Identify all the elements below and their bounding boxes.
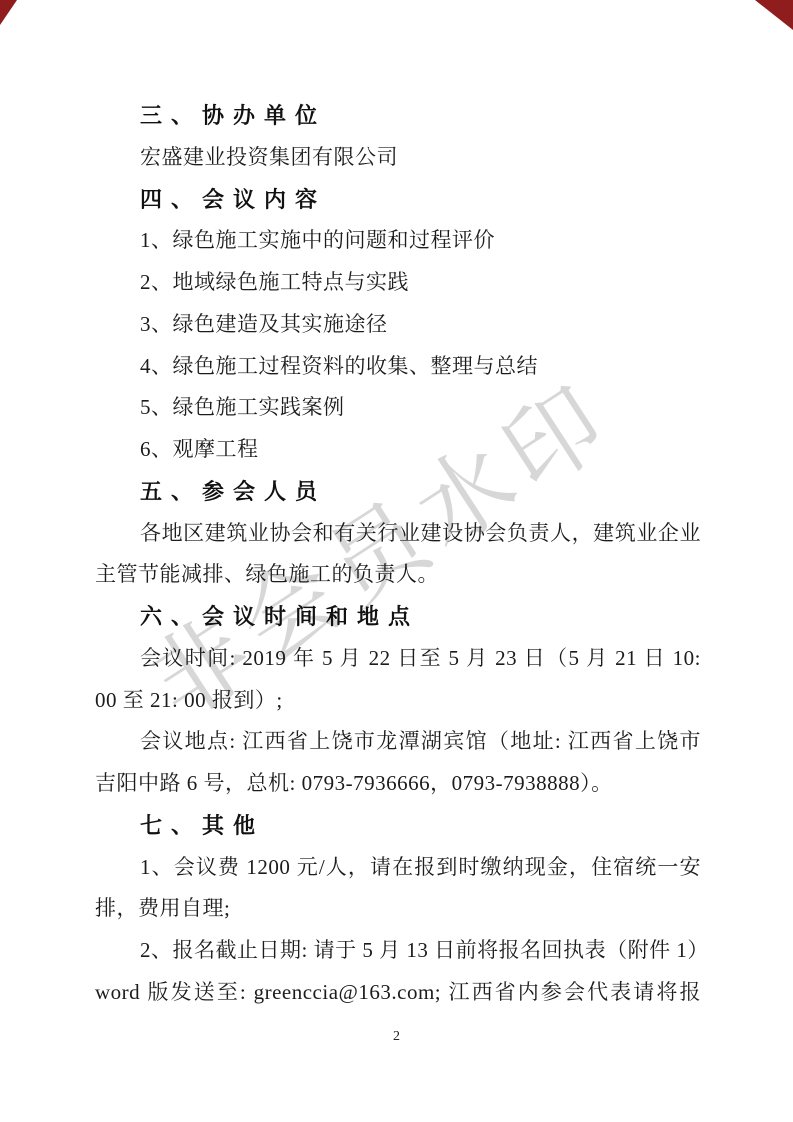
section-heading: 五、参会人员 bbox=[95, 471, 701, 513]
document-line: 00 至 21: 00 报到）; bbox=[95, 680, 701, 722]
document-line: 1、绿色施工实施中的问题和过程评价 bbox=[95, 220, 701, 262]
document-line: 宏盛建业投资集团有限公司 bbox=[95, 137, 701, 179]
document-line: 1、会议费 1200 元/人，请在报到时缴纳现金，住宿统一安 bbox=[95, 847, 701, 889]
document-line: word 版发送至: greenccia@163.com; 江西省内参会代表请将… bbox=[95, 972, 701, 1014]
document-line: 排，费用自理; bbox=[95, 888, 701, 930]
document-page: 非会员水印 三、协办单位宏盛建业投资集团有限公司四、会议内容1、绿色施工实施中的… bbox=[0, 0, 793, 1122]
corner-ribbon-top-right-icon bbox=[755, 0, 793, 30]
document-line: 2、地域绿色施工特点与实践 bbox=[95, 262, 701, 304]
document-line: 主管节能减排、绿色施工的负责人。 bbox=[95, 554, 701, 596]
document-line: 2、报名截止日期: 请于 5 月 13 日前将报名回执表（附件 1） bbox=[95, 930, 701, 972]
section-heading: 六、会议时间和地点 bbox=[95, 596, 701, 638]
document-line: 各地区建筑业协会和有关行业建设协会负责人，建筑业企业 bbox=[95, 513, 701, 555]
corner-ribbon-top-left-icon bbox=[0, 0, 17, 25]
document-line: 会议时间: 2019 年 5 月 22 日至 5 月 23 日（5 月 21 日… bbox=[95, 638, 701, 680]
document-content: 三、协办单位宏盛建业投资集团有限公司四、会议内容1、绿色施工实施中的问题和过程评… bbox=[95, 95, 701, 1014]
page-number: 2 bbox=[0, 1022, 793, 1052]
section-heading: 三、协办单位 bbox=[95, 95, 701, 137]
document-line: 3、绿色建造及其实施途径 bbox=[95, 304, 701, 346]
document-line: 5、绿色施工实践案例 bbox=[95, 387, 701, 429]
section-heading: 四、会议内容 bbox=[95, 179, 701, 221]
document-line: 6、观摩工程 bbox=[95, 429, 701, 471]
document-line: 会议地点: 江西省上饶市龙潭湖宾馆（地址: 江西省上饶市 bbox=[95, 721, 701, 763]
document-line: 吉阳中路 6 号，总机: 0793-7936666，0793-7938888）。 bbox=[95, 763, 701, 805]
section-heading: 七、其他 bbox=[95, 805, 701, 847]
document-line: 4、绿色施工过程资料的收集、整理与总结 bbox=[95, 346, 701, 388]
